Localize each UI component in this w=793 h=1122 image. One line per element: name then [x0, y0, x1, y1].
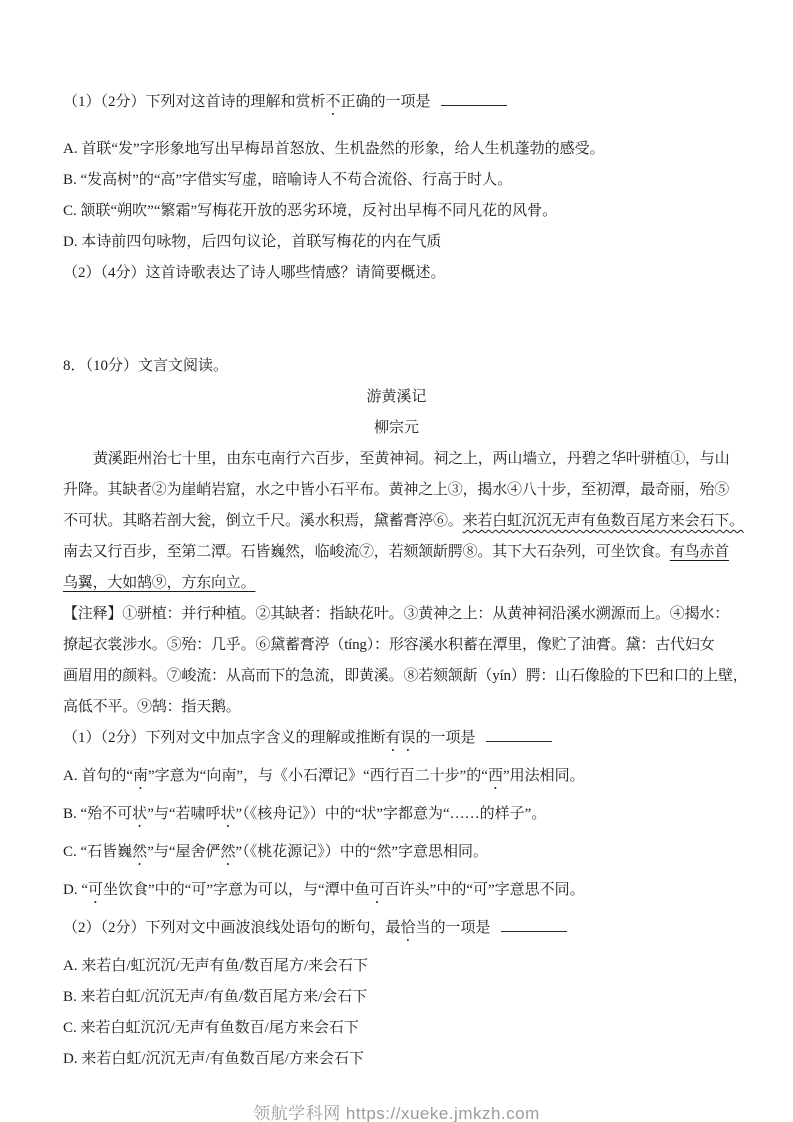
text-run: A. 首句的“: [63, 768, 133, 784]
q7-sub1-option-c: C. 颔联“朔吹”“繁霜”写梅花开放的恶劣环境，反衬出早梅不同凡花的风骨。: [63, 201, 730, 221]
text-run: 当的一项是: [416, 920, 491, 936]
text-dot: 西: [488, 768, 503, 784]
text-run: ”（《核舟记》）中的“状”字都意为“……的样子”。: [236, 806, 547, 822]
text-run: （2）（4分）这首诗歌表达了诗人哪些情感？请简要概述。: [63, 265, 446, 281]
text-dot: 状: [221, 806, 236, 822]
text-run: A. 首联“发”字形象地写出早梅昂首怒放、生机盎然的形象，给人生机蓬勃的感受。: [63, 141, 605, 157]
notes-line-2: 撩起衣裳涉水。⑤殆：几乎。⑥黛蓄膏渟（tíng）：形容溪水积蓄在潭里，像贮了油膏…: [63, 635, 730, 655]
passage-line-4: 南去又行百步，至第二潭。石皆巍然，临峻流⑦，若颏颔龂腭⑧。其下大石杂列，可坐饮食…: [63, 542, 730, 562]
text-run: 正确的一项是: [341, 94, 431, 110]
text-run: C. “石皆巍: [63, 844, 132, 860]
text-run: 的一项是: [416, 730, 476, 746]
q8-sub1-option-a: A. 首句的“南”字意为“向南”，与《小石潭记》“西行百二十步”的“西”用法相同…: [63, 766, 730, 793]
text-dot: 然: [132, 844, 147, 860]
passage-title: 游黄溪记: [63, 387, 730, 407]
text-run: C. 来若白虹沉沉/无声有鱼数百/尾方来会石下: [63, 1020, 359, 1036]
q7-sub1-option-d: D. 本诗前四句咏物，后四句议论，首联写梅花的内在气质: [63, 232, 730, 252]
q8-sub2-option-d: D. 来若白虹/沉沉无声/有鱼数百尾/方来会石下: [63, 1049, 730, 1069]
passage-author: 柳宗元: [63, 418, 730, 438]
text-run: 撩起衣裳涉水。⑤殆：几乎。⑥黛蓄膏渟（tíng）：形容溪水积蓄在潭里，像贮了油膏…: [63, 637, 714, 653]
text-dot: 南: [133, 768, 148, 784]
q8-sub1-option-b: B. “殆不可状”与“若啸呼状”（《核舟记》）中的“状”字都意为“……的样子”。: [63, 804, 730, 831]
text-run: 高低不平。⑨鹄：指天鹅。: [63, 699, 241, 715]
text-run: （2）（2分）下列对文中画波浪线处语句的断句，最: [63, 920, 401, 936]
q8-sub2-option-c: C. 来若白虹沉沉/无声有鱼数百/尾方来会石下: [63, 1018, 730, 1038]
q7-sub1-stem: （1）（2分）下列对这首诗的理解和赏析不正确的一项是: [63, 92, 730, 119]
text-run: （1）（2分）下列对文中加点字含义的理解或推断: [63, 730, 386, 746]
passage-line-1: 黄溪距州治七十里，由东屯南行六百步，至黄神祠。祠之上，两山墙立，丹碧之华叶骈植①…: [63, 449, 730, 469]
text-dot: 不: [326, 94, 341, 110]
text-under: 乌翼，大如鹄⑨，方东向立。: [63, 575, 255, 591]
notes-line-4: 高低不平。⑨鹄：指天鹅。: [63, 697, 730, 717]
text-run: 黄溪距州治七十里，由东屯南行六百步，至黄神祠。祠之上，两山墙立，丹碧之华叶骈植①…: [93, 451, 729, 467]
text-dot: 恰: [401, 920, 416, 936]
q8-sub1-option-d: D. “可坐饮食”中的“可”字意为可以，与“潭中鱼可百许头”中的“可”字意思不同…: [63, 880, 730, 907]
document-body: （1）（2分）下列对这首诗的理解和赏析不正确的一项是A. 首联“发”字形象地写出…: [63, 92, 730, 1069]
text-dot: 有误: [386, 730, 416, 746]
text-run: 坐饮食”中的“可”字意为可以，与“潭中鱼: [103, 882, 370, 898]
text-run: 画眉用的颜料。⑦峻流：从高而下的急流，即黄溪。⑧若颏颔龂（yín）腭：山石像脸的…: [63, 668, 748, 684]
text-run: D. “: [63, 882, 88, 898]
text-run: D. 来若白虹/沉沉无声/有鱼数百尾/方来会石下: [63, 1051, 364, 1067]
text-run: 不可状。其略若剖大瓮，倒立千尺。溪水积焉，黛蓄膏渟⑥。: [63, 513, 463, 529]
text-run: 【注释】①骈植：并行种植。②其缺者：指缺花叶。③黄神之上：从黄神祠沿溪水溯源而上…: [63, 606, 729, 622]
text-run: B. “发高树”的“高”字借实写虚，暗喻诗人不苟合流俗、行高于时人。: [63, 172, 512, 188]
text-run: B. “殆不可: [63, 806, 132, 822]
text-dot: 可: [370, 882, 385, 898]
text-run: ”与“屋舍俨: [147, 844, 220, 860]
text-run: ”用法相同。: [503, 768, 585, 784]
answer-blank: [486, 728, 552, 742]
answer-blank: [501, 918, 567, 932]
notes-line-3: 画眉用的颜料。⑦峻流：从高而下的急流，即黄溪。⑧若颏颔龂（yín）腭：山石像脸的…: [63, 666, 730, 686]
q8-sub2-stem: （2）（2分）下列对文中画波浪线处语句的断句，最恰当的一项是: [63, 918, 730, 945]
q8-sub1-option-c: C. “石皆巍然”与“屋舍俨然”（《桃花源记》）中的“然”字意思相同。: [63, 842, 730, 869]
text-run: ”（《桃花源记》）中的“然”字意思相同。: [236, 844, 488, 860]
text-wavy: 来若白虹沉沉无声有鱼数百尾方来会石下。: [463, 513, 744, 529]
q7-sub2-stem: （2）（4分）这首诗歌表达了诗人哪些情感？请简要概述。: [63, 263, 730, 283]
exam-page: （1）（2分）下列对这首诗的理解和赏析不正确的一项是A. 首联“发”字形象地写出…: [0, 0, 793, 1122]
answer-blank: [441, 92, 507, 106]
passage-line-3: 不可状。其略若剖大瓮，倒立千尺。溪水积焉，黛蓄膏渟⑥。来若白虹沉沉无声有鱼数百尾…: [63, 511, 730, 531]
text-run: ”与“若啸呼: [147, 806, 220, 822]
q8-sub1-stem: （1）（2分）下列对文中加点字含义的理解或推断有误的一项是: [63, 728, 730, 755]
text-run: （1）（2分）下列对这首诗的理解和赏析: [63, 94, 326, 110]
text-run: 柳宗元: [374, 420, 419, 436]
q8-sub2-option-a: A. 来若白/虹沉沉/无声有鱼/数百尾方/来会石下: [63, 956, 730, 976]
text-run: 游黄溪记: [366, 389, 426, 405]
text-run: 百许头”中的“可”字意思不同。: [385, 882, 585, 898]
passage-line-2: 升降。其缺者②为崖峭岩窟，水之中皆小石平布。黄神之上③，揭水④八十步，至初潭，最…: [63, 480, 730, 500]
q7-sub1-option-b: B. “发高树”的“高”字借实写虚，暗喻诗人不苟合流俗、行高于时人。: [63, 170, 730, 190]
q7-sub1-option-a: A. 首联“发”字形象地写出早梅昂首怒放、生机盎然的形象，给人生机蓬勃的感受。: [63, 139, 730, 159]
text-dot: 然: [221, 844, 236, 860]
q8-header: 8．（10分）文言文阅读。: [63, 356, 730, 376]
text-run: ”字意为“向南”，与《小石潭记》“西行百二十步”的“: [148, 768, 488, 784]
text-run: A. 来若白/虹沉沉/无声有鱼/数百尾方/来会石下: [63, 958, 368, 974]
text-run: D. 本诗前四句咏物，后四句议论，首联写梅花的内在气质: [63, 234, 441, 250]
text-run: B. 来若白虹/沉沉无声/有鱼/数百尾方来/会石下: [63, 989, 367, 1005]
text-dot: 状: [132, 806, 147, 822]
text-run: 南去又行百步，至第二潭。石皆巍然，临峻流⑦，若颏颔龂腭⑧。其下大石杂列，可坐饮食…: [63, 544, 670, 560]
notes-line-1: 【注释】①骈植：并行种植。②其缺者：指缺花叶。③黄神之上：从黄神祠沿溪水溯源而上…: [63, 604, 730, 624]
text-dot: 可: [88, 882, 103, 898]
text-run: C. 颔联“朔吹”“繁霜”写梅花开放的恶劣环境，反衬出早梅不同凡花的风骨。: [63, 203, 557, 219]
text-run: 升降。其缺者②为崖峭岩窟，水之中皆小石平布。黄神之上③，揭水④八十步，至初潭，最…: [63, 482, 729, 498]
watermark: 领航学科网 https://xueke.jmkzh.com: [63, 1099, 730, 1122]
text-run: 8．（10分）文言文阅读。: [63, 358, 228, 374]
passage-line-5: 乌翼，大如鹄⑨，方东向立。: [63, 573, 730, 593]
text-under: 有鸟赤首: [670, 544, 729, 560]
q8-sub2-option-b: B. 来若白虹/沉沉无声/有鱼/数百尾方来/会石下: [63, 987, 730, 1007]
